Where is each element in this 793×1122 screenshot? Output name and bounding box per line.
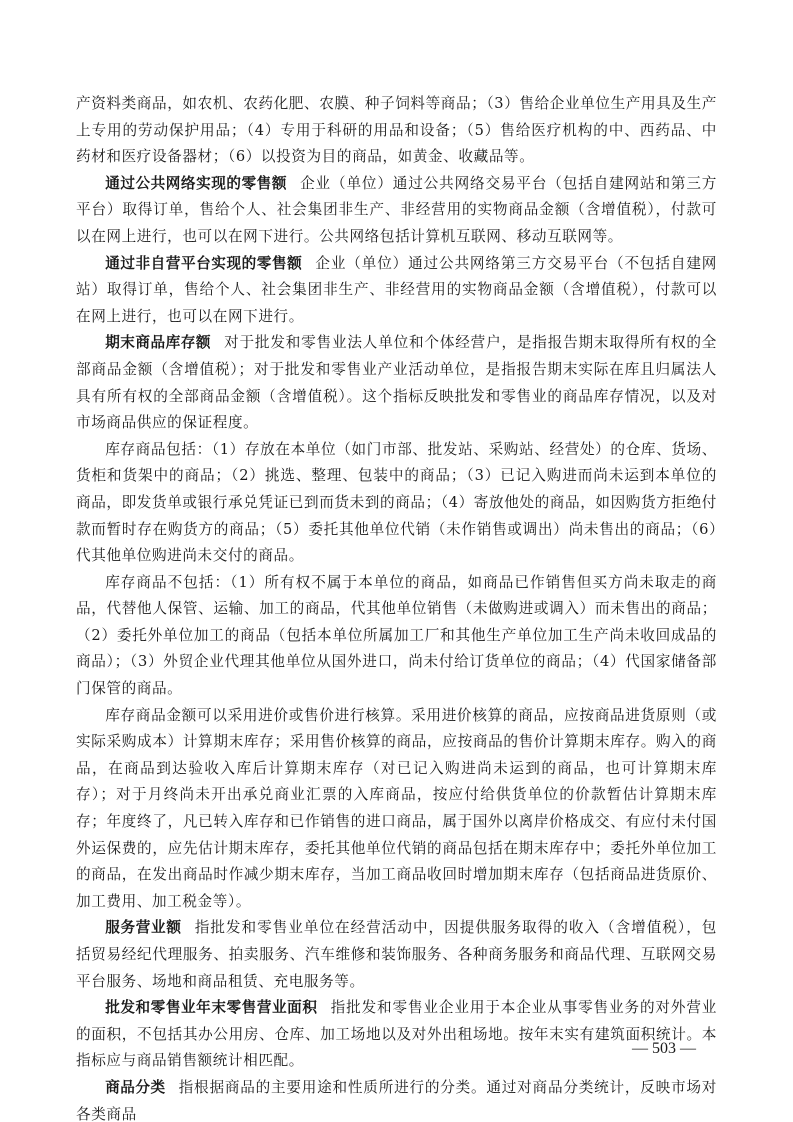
paragraph-ending-inventory: 期末商品库存额对于批发和零售业法人单位和个体经营户，是指报告期末取得所有权的全部…	[76, 330, 717, 436]
paragraph-commodity-classification: 商品分类指根据商品的主要用途和性质所进行的分类。通过对商品分类统计，反映市场对各…	[76, 1075, 717, 1122]
paragraph-retail-floor-area: 批发和零售业年末零售营业面积指批发和零售业企业用于本企业从事零售业务的对外营业的…	[76, 995, 717, 1075]
paragraph-non-self-operated-platform-sales: 通过非自营平台实现的零售额企业（单位）通过公共网络第三方交易平台（不包括自建网站…	[76, 251, 717, 331]
term-heading: 通过公共网络实现的零售额	[105, 175, 287, 192]
paragraph-online-retail-sales: 通过公共网络实现的零售额企业（单位）通过公共网络交易平台（包括自建网站和第三方平…	[76, 171, 717, 251]
paragraph-inventory-excludes: 库存商品不包括：（1）所有权不属于本单位的商品，如商品已作销售但买方尚未取走的商…	[76, 570, 717, 703]
paragraph-text: 库存商品金额可以采用进价或售价进行核算。采用进价核算的商品，应按商品进货原则（或…	[76, 707, 717, 910]
paragraph-service-revenue: 服务营业额指批发和零售业单位在经营活动中，因提供服务取得的收入（含增值税），包括…	[76, 915, 717, 995]
paragraph-inventory-accounting: 库存商品金额可以采用进价或售价进行核算。采用进价核算的商品，应按商品进货原则（或…	[76, 703, 717, 916]
term-heading: 通过非自营平台实现的零售额	[105, 255, 302, 272]
paragraph-text: 库存商品包括：（1）存放在本单位（如门市部、批发站、采购站、经营处）的仓库、货场…	[76, 441, 717, 564]
term-heading: 期末商品库存额	[105, 334, 211, 351]
term-heading: 商品分类	[105, 1079, 165, 1096]
paragraph-text: 指根据商品的主要用途和性质所进行的分类。通过对商品分类统计，反映市场对各类商品	[76, 1079, 717, 1122]
term-heading: 批发和零售业年末零售营业面积	[105, 999, 317, 1016]
paragraph-inventory-includes: 库存商品包括：（1）存放在本单位（如门市部、批发站、采购站、经营处）的仓库、货场…	[76, 437, 717, 570]
paragraph-continuation: 产资料类商品，如农机、农药化肥、农膜、种子饲料等商品；（3）售给企业单位生产用具…	[76, 91, 717, 171]
term-heading: 服务营业额	[105, 919, 181, 936]
document-page-body: 产资料类商品，如农机、农药化肥、农膜、种子饲料等商品；（3）售给企业单位生产用具…	[76, 91, 717, 1122]
page-number: — 503 —	[632, 1040, 696, 1058]
paragraph-text: 库存商品不包括：（1）所有权不属于本单位的商品，如商品已作销售但买方尚未取走的商…	[76, 574, 717, 697]
paragraph-text: 产资料类商品，如农机、农药化肥、农膜、种子饲料等商品；（3）售给企业单位生产用具…	[76, 95, 717, 165]
